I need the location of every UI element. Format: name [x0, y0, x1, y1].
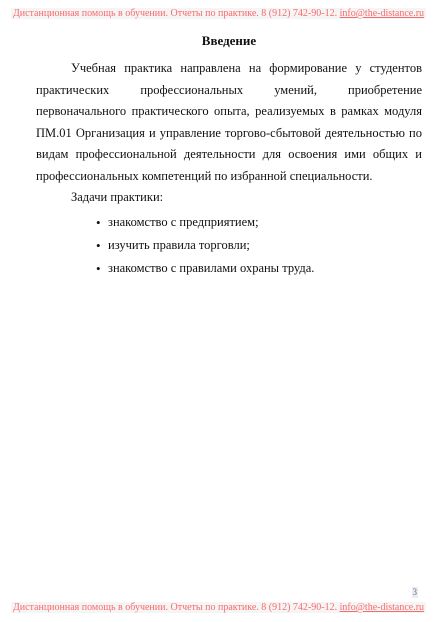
header-text: Дистанционная помощь в обучении. Отчеты …: [13, 8, 340, 19]
page-header: Дистанционная помощь в обучении. Отчеты …: [0, 7, 437, 20]
list-item: знакомство с предприятием;: [36, 211, 422, 234]
list-item: изучить правила торговли;: [36, 234, 422, 257]
footer-text: Дистанционная помощь в обучении. Отчеты …: [13, 602, 340, 613]
tasks-list: знакомство с предприятием; изучить прави…: [36, 211, 422, 280]
document-body: Введение Учебная практика направлена на …: [36, 31, 422, 280]
section-title: Введение: [36, 31, 422, 51]
page-number: 3: [412, 587, 419, 598]
footer-band: Дистанционная помощь в обучении. Отчеты …: [11, 602, 426, 613]
header-email-link[interactable]: info@the-distance.ru: [340, 8, 424, 19]
page-footer: Дистанционная помощь в обучении. Отчеты …: [0, 601, 437, 614]
tasks-label: Задачи практики:: [36, 187, 422, 209]
document-page: Дистанционная помощь в обучении. Отчеты …: [0, 0, 437, 622]
list-item: знакомство с правилами охраны труда.: [36, 257, 422, 280]
intro-paragraph: Учебная практика направлена на формирова…: [36, 58, 422, 187]
footer-email-link[interactable]: info@the-distance.ru: [340, 602, 424, 613]
header-band: Дистанционная помощь в обучении. Отчеты …: [11, 8, 426, 19]
